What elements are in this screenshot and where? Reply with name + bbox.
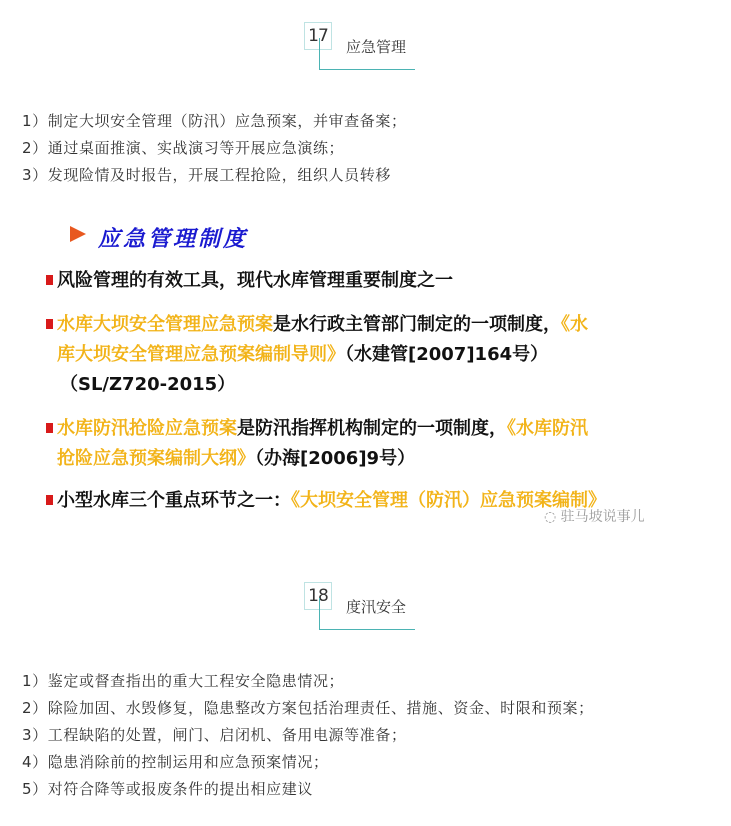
slide-title: 应急管理制度 [70,222,248,253]
section-18-header: 18 度汛安全 [304,582,424,632]
list-item: 2）通过桌面推演、实战演习等开展应急演练； [22,135,407,162]
bullet-square-icon [46,319,53,329]
section-number-box: 17 [304,22,332,50]
underline [319,69,415,70]
slide-bullet-2: 水库大坝安全管理应急预案是水行政主管部门制定的一项制度，《水 库大坝安全管理应急… [46,310,588,400]
section-18-list: 1）鉴定或督查指出的重大工程安全隐患情况； 2）除险加固、水毁修复，隐患整改方案… [22,668,594,803]
list-item: 1）鉴定或督查指出的重大工程安全隐患情况； [22,668,594,695]
bullet-square-icon [46,423,53,433]
list-item: 2）除险加固、水毁修复，隐患整改方案包括治理责任、措施、资金、时限和预案； [22,695,594,722]
list-item: 3）工程缺陷的处置，闸门、启闭机、备用电源等准备； [22,722,594,749]
section-17-list: 1）制定大坝安全管理（防汛）应急预案，并审查备案； 2）通过桌面推演、实战演习等… [22,108,407,189]
slide-image: 应急管理制度 风险管理的有效工具，现代水库管理重要制度之一 水库大坝安全管理应急… [40,210,700,530]
slide-bullet-1: 风险管理的有效工具，现代水库管理重要制度之一 [46,266,453,296]
list-item: 4）隐患消除前的控制运用和应急预案情况； [22,749,594,776]
list-item: 1）制定大坝安全管理（防汛）应急预案，并审查备案； [22,108,407,135]
bullet-square-icon [46,275,53,285]
section-title: 度汛安全 [346,596,406,617]
section-17-header: 17 应急管理 [304,22,424,72]
section-title: 应急管理 [346,36,406,57]
underline [319,629,415,630]
connector-line [319,38,320,69]
watermark: ◌ 驻马坡说事儿 [544,506,645,526]
list-item: 3）发现险情及时报告，开展工程抢险，组织人员转移 [22,162,407,189]
slide-bullet-3: 水库防汛抢险应急预案是防汛指挥机构制定的一项制度，《水库防汛 抢险应急预案编制大… [46,414,588,474]
slide-bullet-4: 小型水库三个重点环节之一：《大坝安全管理（防汛）应急预案编制》 [46,486,606,516]
bullet-square-icon [46,495,53,505]
wechat-icon: ◌ [544,509,561,525]
connector-line [319,598,320,629]
section-number-box: 18 [304,582,332,610]
list-item: 5）对符合降等或报废条件的提出相应建议 [22,776,594,803]
